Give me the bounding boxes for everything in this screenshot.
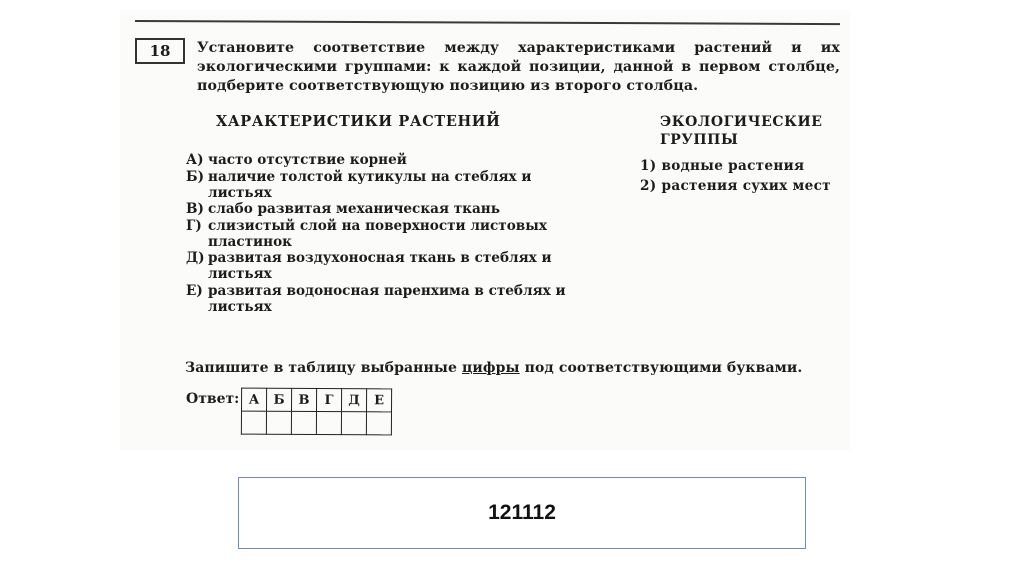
list-item: А) часто отсутствие корней	[186, 152, 586, 168]
answer-cell[interactable]	[366, 412, 391, 435]
item-letter: В)	[186, 201, 208, 217]
item-letter: Е)	[186, 283, 208, 315]
characteristics-heading: ХАРАКТЕРИСТИКИ РАСТЕНИЙ	[216, 113, 500, 130]
answer-header-cell: Д	[341, 389, 366, 412]
list-item: Б) наличие толстой кутикулы на стеблях и…	[186, 169, 586, 201]
instruction-after: под соответствующими буквами.	[520, 360, 803, 376]
answer-header-cell: Е	[366, 389, 391, 412]
answer-cell[interactable]	[266, 411, 291, 434]
answer-header-cell: Г	[317, 389, 342, 412]
answer-header-cell: В	[292, 388, 317, 411]
list-item: 1) водные растения	[640, 156, 831, 176]
instruction-before: Запишите в таблицу выбранные	[185, 360, 462, 376]
group-text: растения сухих мест	[662, 178, 831, 194]
item-letter: А)	[186, 152, 208, 168]
list-item: 2) растения сухих мест	[640, 176, 831, 196]
answer-table: А Б В Г Д Е	[241, 388, 392, 436]
instruction-text: Запишите в таблицу выбранные цифры под с…	[185, 360, 802, 376]
answer-input-row	[241, 411, 391, 435]
answer-cell[interactable]	[291, 411, 316, 434]
heading-line-1: ЭКОЛОГИЧЕСКИЕ	[660, 113, 823, 131]
list-item: В) слабо развитая механическая ткань	[186, 201, 586, 217]
answer-label: Ответ:	[186, 391, 239, 407]
heading-line-2: ГРУППЫ	[660, 131, 823, 149]
answer-cell[interactable]	[241, 411, 266, 434]
item-text: слабо развитая механическая ткань	[208, 201, 586, 217]
answer-header-cell: А	[242, 388, 267, 411]
item-text: слизистый слой на поверхности листовых п…	[208, 218, 586, 250]
answer-cell[interactable]	[316, 412, 341, 435]
ecological-groups-list: 1) водные растения 2) растения сухих мес…	[640, 156, 831, 196]
item-letter: Д)	[186, 250, 208, 282]
answer-result-value: 121112	[488, 501, 556, 525]
characteristics-list: А) часто отсутствие корней Б) наличие то…	[186, 152, 586, 315]
instruction-emphasis: цифры	[462, 360, 520, 376]
ecological-groups-heading: ЭКОЛОГИЧЕСКИЕ ГРУППЫ	[660, 113, 823, 149]
answer-result-box: 121112	[238, 477, 806, 549]
item-letter: Г)	[186, 218, 208, 250]
item-text: развитая водоносная паренхима в стеблях …	[208, 283, 586, 315]
group-number: 1)	[640, 158, 657, 174]
answer-cell[interactable]	[341, 412, 366, 435]
item-text: часто отсутствие корней	[208, 152, 586, 168]
task-prompt: Установите соответствие между характерис…	[197, 39, 840, 96]
group-number: 2)	[640, 178, 657, 194]
item-text: развитая воздухоносная ткань в стеблях и…	[208, 250, 586, 282]
list-item: Е) развитая водоносная паренхима в стебл…	[186, 283, 586, 315]
task-number-badge: 18	[135, 38, 185, 64]
list-item: Д) развитая воздухоносная ткань в стебля…	[186, 250, 586, 282]
group-text: водные растения	[662, 158, 805, 174]
item-text: наличие толстой кутикулы на стеблях и ли…	[208, 169, 586, 201]
answer-header-cell: Б	[267, 388, 292, 411]
list-item: Г) слизистый слой на поверхности листовы…	[186, 218, 586, 250]
answer-header-row: А Б В Г Д Е	[242, 388, 392, 412]
item-letter: Б)	[186, 169, 208, 201]
